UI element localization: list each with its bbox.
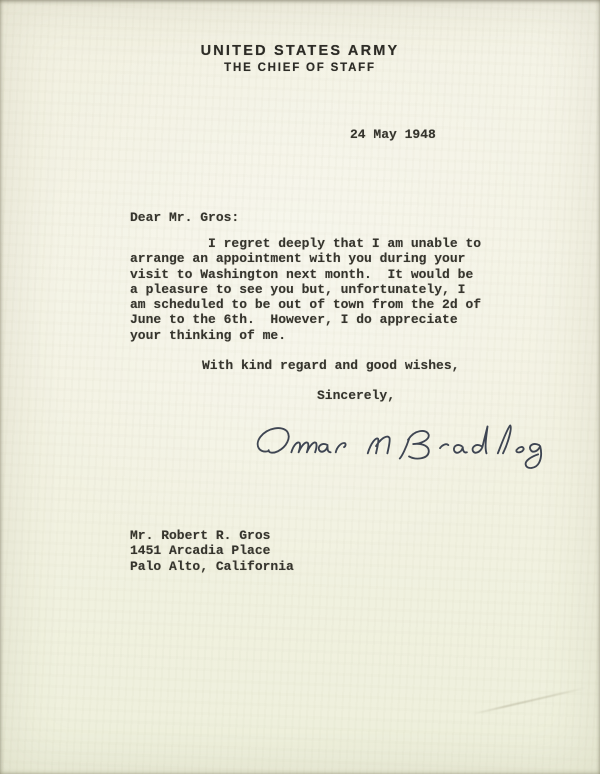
regards-line: With kind regard and good wishes, <box>202 358 459 373</box>
paragraph-line: I regret deeply that I am unable to <box>130 236 481 251</box>
recipient-name-line: Mr. Robert R. Gros <box>130 528 294 543</box>
paragraph-line: June to the 6th. However, I do appreciat… <box>130 312 481 327</box>
salutation: Dear Mr. Gros: <box>130 210 239 225</box>
paper-crease-mark <box>471 687 586 715</box>
date-line: 24 May 1948 <box>350 127 436 142</box>
paragraph-line: your thinking of me. <box>130 328 481 343</box>
letter-page: UNITED STATES ARMY THE CHIEF OF STAFF 24… <box>0 0 600 774</box>
letterhead-office: THE CHIEF OF STAFF <box>0 62 600 74</box>
recipient-address-block: Mr. Robert R. Gros 1451 Arcadia Place Pa… <box>130 528 294 574</box>
letterhead-organization: UNITED STATES ARMY <box>0 43 600 59</box>
signature-handwriting <box>242 411 572 475</box>
paragraph-line: visit to Washington next month. It would… <box>130 267 481 282</box>
body-paragraph: I regret deeply that I am unable to arra… <box>130 236 481 343</box>
paragraph-line: am scheduled to be out of town from the … <box>130 297 481 312</box>
recipient-street-line: 1451 Arcadia Place <box>130 543 294 558</box>
paragraph-line: a pleasure to see you but, unfortunately… <box>130 282 481 297</box>
signoff: Sincerely, <box>317 388 395 403</box>
paragraph-line: arrange an appointment with you during y… <box>130 251 481 266</box>
recipient-city-line: Palo Alto, California <box>130 559 294 574</box>
signature-ink-stroke <box>258 425 542 468</box>
